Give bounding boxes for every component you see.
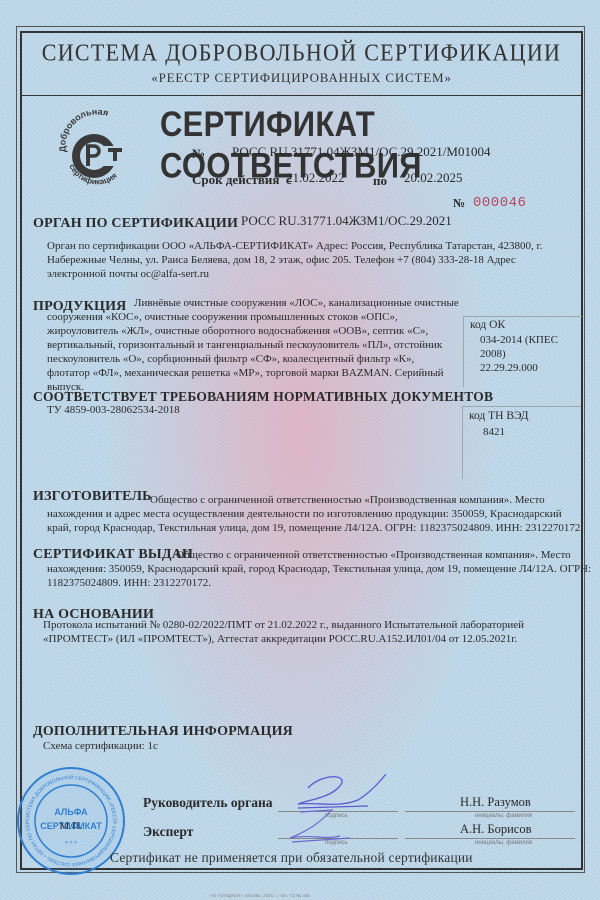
expert-name-caption: инициалы, фамилия xyxy=(475,840,532,846)
validity-label: Срок действия с xyxy=(192,172,292,188)
name-line-expert xyxy=(405,838,575,839)
certification-scheme: Схема сертификации: 1с xyxy=(43,739,158,753)
name-line-head xyxy=(405,811,575,812)
product-text: сооружения «КОС», очистные сооружения пр… xyxy=(47,310,459,394)
issued-to-first-line: Общество с ограниченной ответственностью… xyxy=(176,548,571,562)
head-name-caption: инициалы, фамилия xyxy=(475,813,532,819)
serial-number-label: № xyxy=(453,196,465,211)
certificate-number-label: № xyxy=(192,146,205,162)
svg-text:АЛЬФА: АЛЬФА xyxy=(54,807,88,817)
expert-name: А.Н. Борисов xyxy=(460,822,532,837)
valid-to-label: по xyxy=(373,173,387,189)
certificate-number: РОСС RU.31771.04ЖЗМ1/ОС.29.2021/М01004 xyxy=(232,144,490,160)
head-name: Н.Н. Разумов xyxy=(460,795,531,810)
system-title: СИСТЕМА ДОБРОВОЛЬНОЙ СЕРТИФИКАЦИИ xyxy=(20,39,583,68)
certification-body-code: РОСС RU.31771.04ЖЗМ1/ОС.29.2021 xyxy=(241,213,452,229)
valid-to-date: 20.02.2025 xyxy=(404,170,463,186)
svg-text:М.П.: М.П. xyxy=(59,820,82,832)
okpd-code-box: код ОК 034-2014 (КПЕС 2008) 22.29.29.000 xyxy=(463,316,582,387)
signature-role-expert: Эксперт xyxy=(143,824,193,840)
issued-to-text: нахождения: 350059, Краснодарский край, … xyxy=(47,562,592,590)
tnved-code: 8421 xyxy=(483,425,581,439)
printer-note: АО «ОПЦИОН», Москва, 2021 г., «Б», ТЗ № … xyxy=(210,893,310,898)
basis-text: Протокола испытаний № 0280-02/2022/ПМТ о… xyxy=(43,618,543,646)
tnved-code-label: код ТН ВЭД xyxy=(469,410,581,422)
rst-logo-icon: Добровольная сертификация xyxy=(56,110,136,190)
certification-body-heading: ОРГАН ПО СЕРТИФИКАЦИИ xyxy=(33,216,238,232)
issued-to-heading: СЕРТИФИКАТ ВЫДАН xyxy=(33,547,193,563)
standards-text: ТУ 4859-003-28062534-2018 xyxy=(47,403,180,417)
manufacturer-heading: ИЗГОТОВИТЕЛЬ xyxy=(33,489,152,505)
header-divider xyxy=(20,95,583,96)
serial-number: 000046 xyxy=(473,195,526,211)
footer-note: Сертификат не применяется при обязательн… xyxy=(110,850,473,866)
okpd-code-label: код ОК xyxy=(470,319,582,331)
valid-from-date: 21.02.2022 xyxy=(286,170,345,186)
signature-role-head: Руководитель органа xyxy=(143,795,273,811)
manufacturer-first-line: Общество с ограниченной ответственностью… xyxy=(150,493,545,507)
okpd-code-2: 22.29.29.000 xyxy=(480,361,582,375)
signature-expert-icon xyxy=(270,808,380,848)
certification-body-text: Орган по сертификации ООО «АЛЬФА-СЕРТИФИ… xyxy=(47,239,572,281)
product-first-line: Ливнёвые очистные сооружения «ЛОС», кана… xyxy=(134,296,459,310)
okpd-code-1: 034-2014 (КПЕС 2008) xyxy=(480,333,582,361)
svg-text:* * *: * * * xyxy=(65,841,77,847)
tnved-code-box: код ТН ВЭД 8421 xyxy=(462,406,581,479)
system-subtitle: «РЕЕСТР СЕРТИФИЦИРОВАННЫХ СИСТЕМ» xyxy=(20,70,583,86)
manufacturer-text: нахождения и адрес места осуществления д… xyxy=(47,507,587,535)
additional-info-heading: ДОПОЛНИТЕЛЬНАЯ ИНФОРМАЦИЯ xyxy=(33,724,293,740)
